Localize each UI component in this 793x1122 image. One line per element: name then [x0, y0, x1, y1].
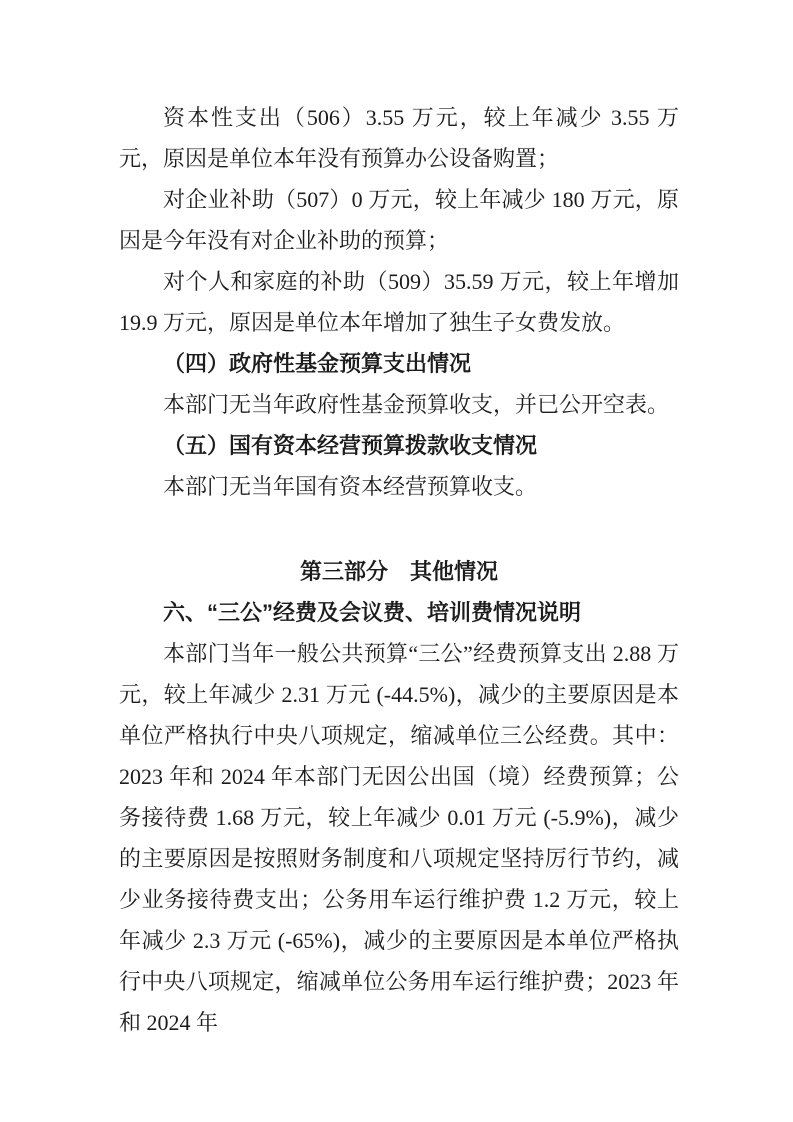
heading-section-4-government-fund-budget: （四）政府性基金预算支出情况 — [119, 343, 679, 384]
document-page: 资本性支出（506）3.55 万元，较上年减少 3.55 万元，原因是单位本年没… — [0, 0, 793, 1122]
paragraph-no-state-capital-budget: 本部门无当年国有资本经营预算收支。 — [119, 466, 679, 507]
heading-section-6-three-public-expenses: 六、“三公”经费及会议费、培训费情况说明 — [119, 592, 679, 633]
heading-section-5-state-capital-budget: （五）国有资本经营预算拨款收支情况 — [119, 425, 679, 466]
paragraph-enterprise-subsidy: 对企业补助（507）0 万元，较上年减少 180 万元，原因是今年没有对企业补助… — [119, 179, 679, 261]
document-content: 资本性支出（506）3.55 万元，较上年减少 3.55 万元，原因是单位本年没… — [119, 97, 679, 1043]
paragraph-capital-expenditure: 资本性支出（506）3.55 万元，较上年减少 3.55 万元，原因是单位本年没… — [119, 97, 679, 179]
paragraph-no-government-fund-budget: 本部门无当年政府性基金预算收支，并已公开空表。 — [119, 384, 679, 425]
paragraph-three-public-expenses-detail: 本部门当年一般公共预算“三公”经费预算支出 2.88 万元，较上年减少 2.31… — [119, 633, 679, 1043]
part-title-part-three-other-information: 第三部分 其他情况 — [119, 551, 679, 592]
paragraph-individual-family-subsidy: 对个人和家庭的补助（509）35.59 万元，较上年增加 19.9 万元，原因是… — [119, 261, 679, 343]
